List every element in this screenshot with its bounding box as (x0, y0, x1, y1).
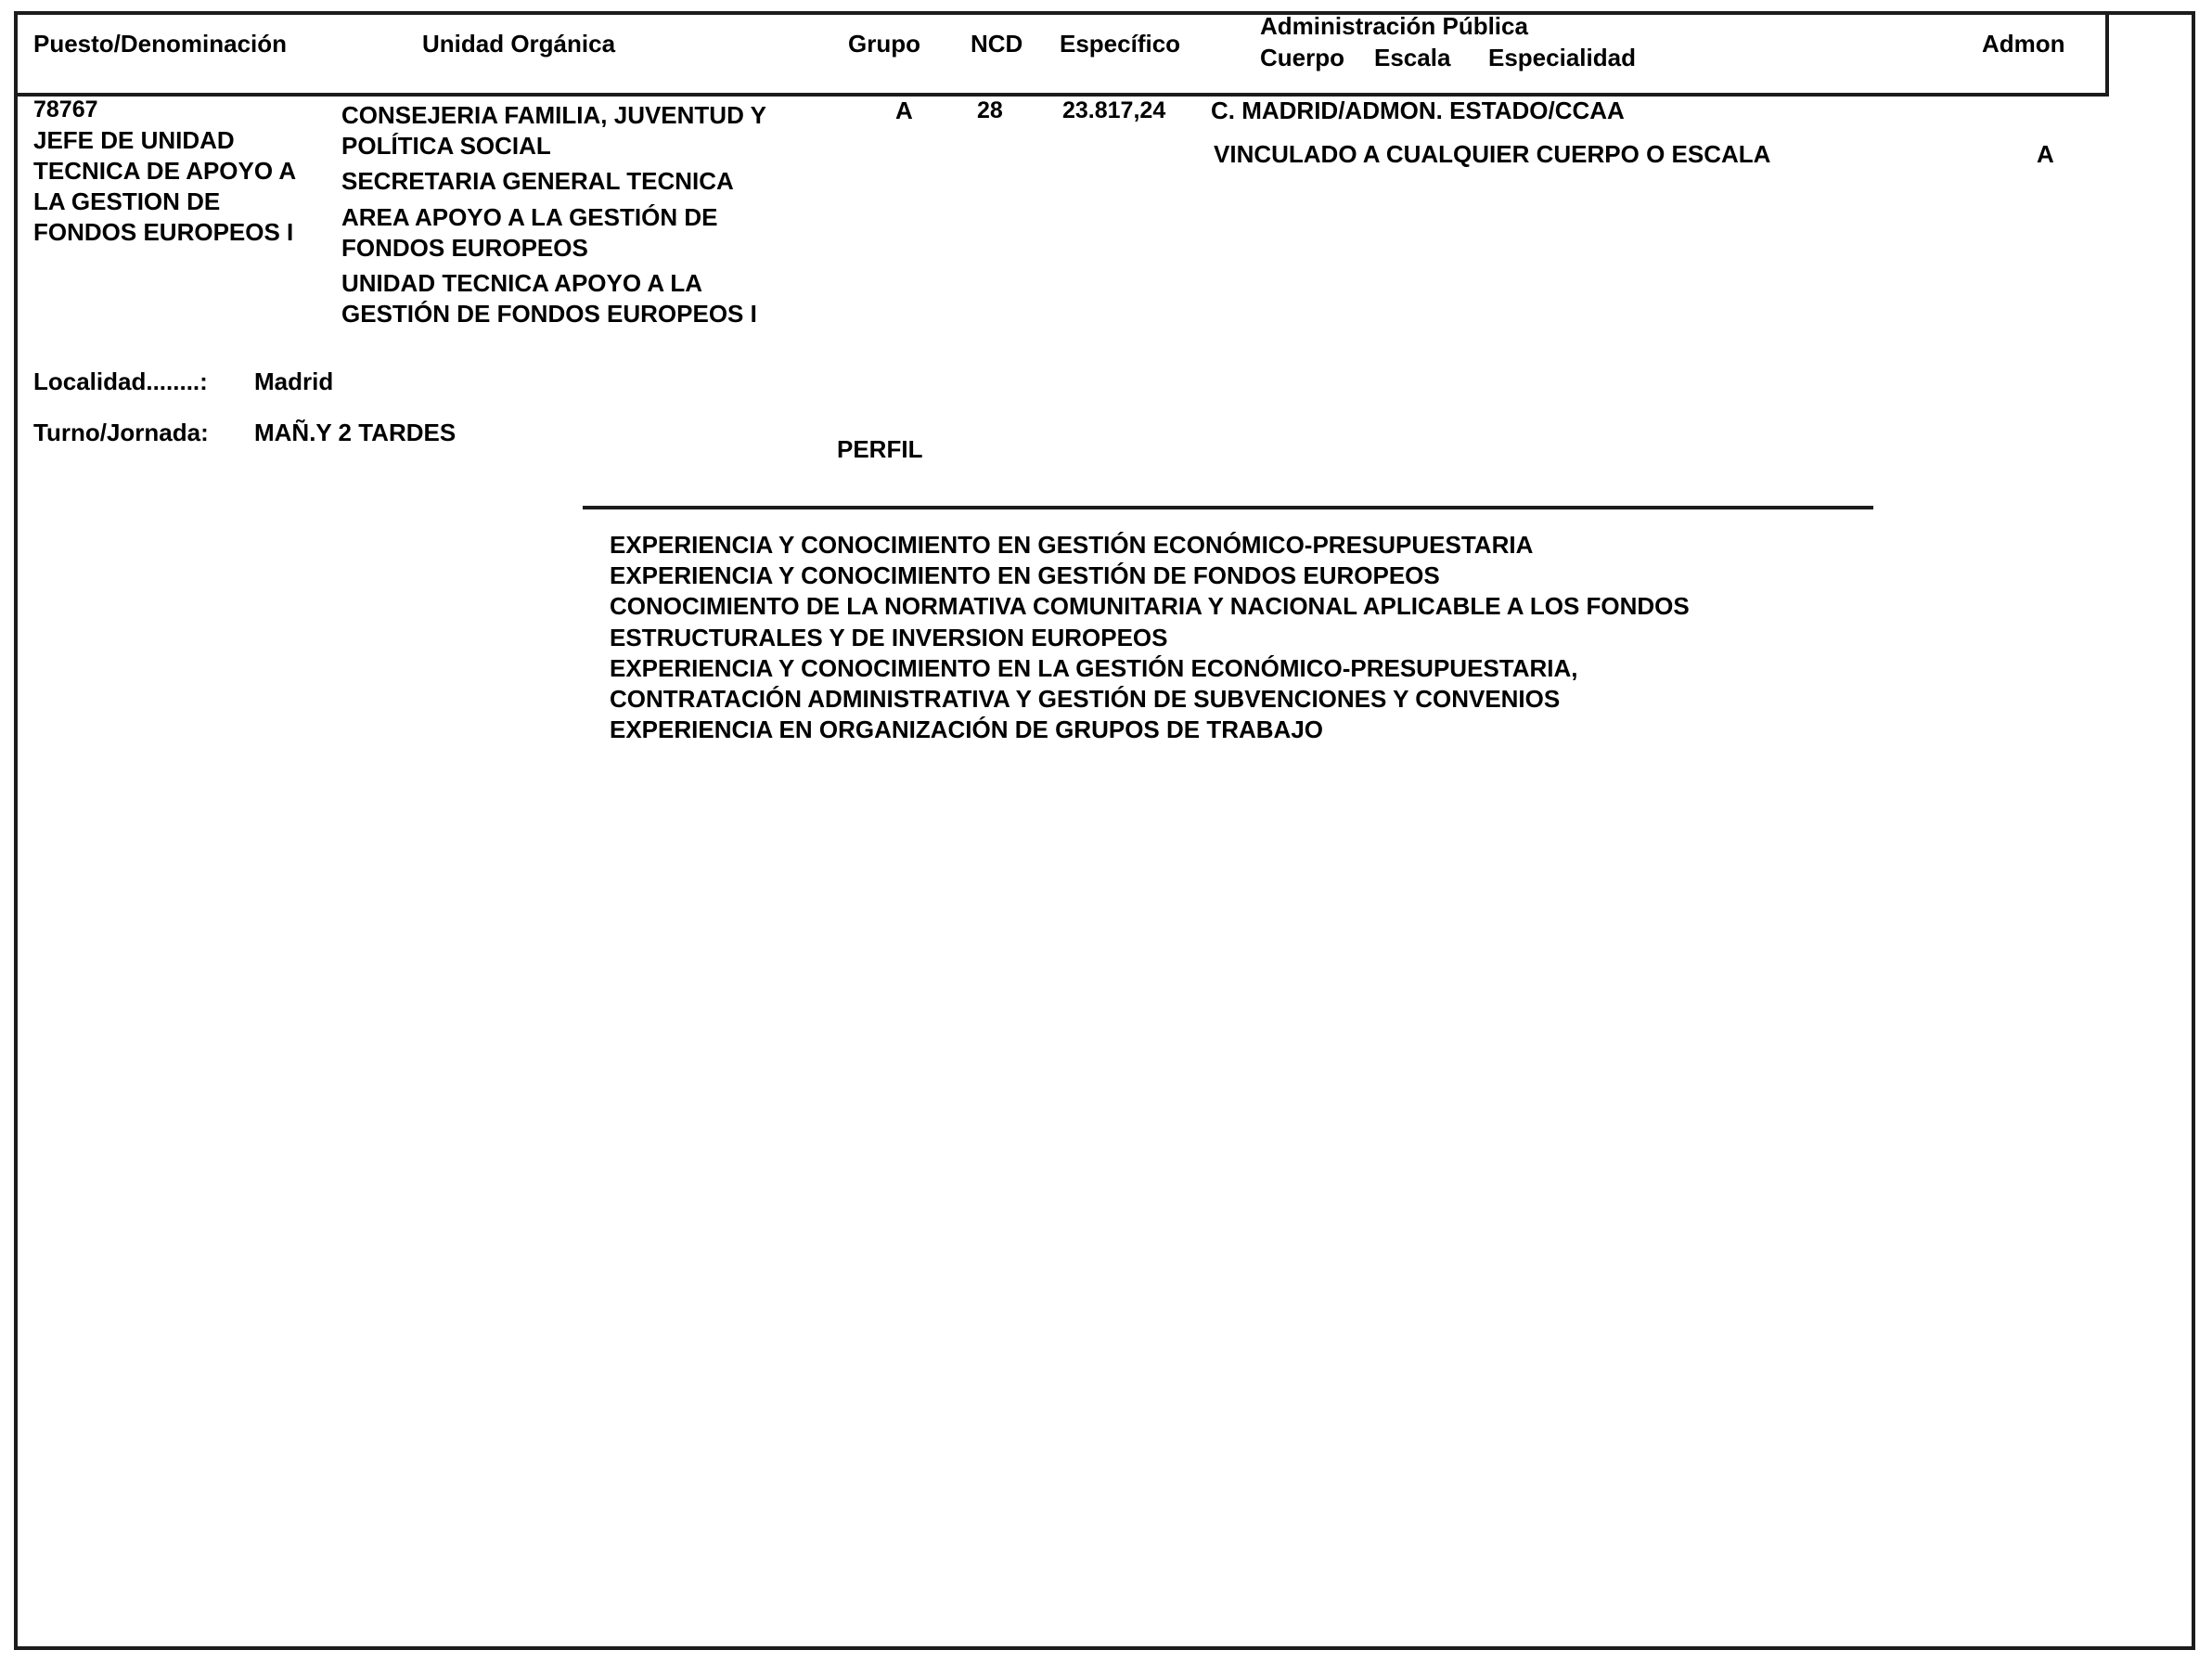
puesto-cell: 78767 JEFE DE UNIDAD TECNICA DE APOYO A … (33, 95, 296, 248)
unidad-line: UNIDAD TECNICA APOYO A LA (341, 269, 766, 300)
cuerpo-escala-value: VINCULADO A CUALQUIER CUERPO O ESCALA (1214, 140, 1770, 168)
header-unidad-organica: Unidad Orgánica (422, 30, 615, 58)
header-admon: Admon (1982, 30, 2065, 58)
perfil-title: PERFIL (837, 435, 922, 463)
perfil-divider (583, 506, 1873, 509)
admon-value: A (2037, 140, 2054, 168)
perfil-line: EXPERIENCIA Y CONOCIMIENTO EN GESTIÓN EC… (610, 530, 1690, 561)
header-administracion-publica: Administración Pública (1260, 12, 1528, 40)
unidad-organica-cell: CONSEJERIA FAMILIA, JUVENTUD Y POLÍTICA … (341, 101, 766, 330)
header-especialidad: Especialidad (1488, 44, 1636, 71)
unidad-line: SECRETARIA GENERAL TECNICA (341, 167, 766, 203)
perfil-line: ESTRUCTURALES Y DE INVERSION EUROPEOS (610, 623, 1690, 653)
turno-value: MAÑ.Y 2 TARDES (254, 419, 456, 446)
unidad-line: CONSEJERIA FAMILIA, JUVENTUD Y (341, 101, 766, 132)
perfil-list: EXPERIENCIA Y CONOCIMIENTO EN GESTIÓN EC… (610, 530, 1690, 745)
puesto-denominacion-line: TECNICA DE APOYO A (33, 156, 296, 187)
perfil-line: CONTRATACIÓN ADMINISTRATIVA Y GESTIÓN DE… (610, 684, 1690, 715)
puesto-denominacion-line: FONDOS EUROPEOS I (33, 217, 296, 248)
header-cuerpo: Cuerpo (1260, 44, 1344, 71)
header-puesto: Puesto/Denominación (33, 30, 287, 58)
puesto-denominacion-line: LA GESTION DE (33, 187, 296, 217)
header-especifico: Específico (1060, 30, 1180, 58)
perfil-line: EXPERIENCIA EN ORGANIZACIÓN DE GRUPOS DE… (610, 715, 1690, 745)
header-escala: Escala (1374, 44, 1450, 71)
localidad-label: Localidad........: (33, 367, 208, 395)
ncd-value: 28 (977, 97, 1003, 124)
puesto-codigo: 78767 (33, 95, 296, 125)
administracion-value: C. MADRID/ADMON. ESTADO/CCAA (1211, 97, 1625, 124)
especifico-value: 23.817,24 (1062, 97, 1165, 124)
puesto-denominacion-line: JEFE DE UNIDAD (33, 125, 296, 156)
grupo-value: A (895, 97, 913, 124)
unidad-line: FONDOS EUROPEOS (341, 234, 766, 269)
unidad-line: AREA APOYO A LA GESTIÓN DE (341, 203, 766, 234)
turno-label: Turno/Jornada: (33, 419, 209, 446)
header-ncd: NCD (971, 30, 1022, 58)
header-grupo: Grupo (848, 30, 920, 58)
perfil-line: CONOCIMIENTO DE LA NORMATIVA COMUNITARIA… (610, 591, 1690, 622)
localidad-value: Madrid (254, 367, 333, 395)
perfil-line: EXPERIENCIA Y CONOCIMIENTO EN GESTIÓN DE… (610, 561, 1690, 591)
unidad-line: GESTIÓN DE FONDOS EUROPEOS I (341, 300, 766, 330)
perfil-line: EXPERIENCIA Y CONOCIMIENTO EN LA GESTIÓN… (610, 653, 1690, 684)
unidad-line: POLÍTICA SOCIAL (341, 132, 766, 167)
